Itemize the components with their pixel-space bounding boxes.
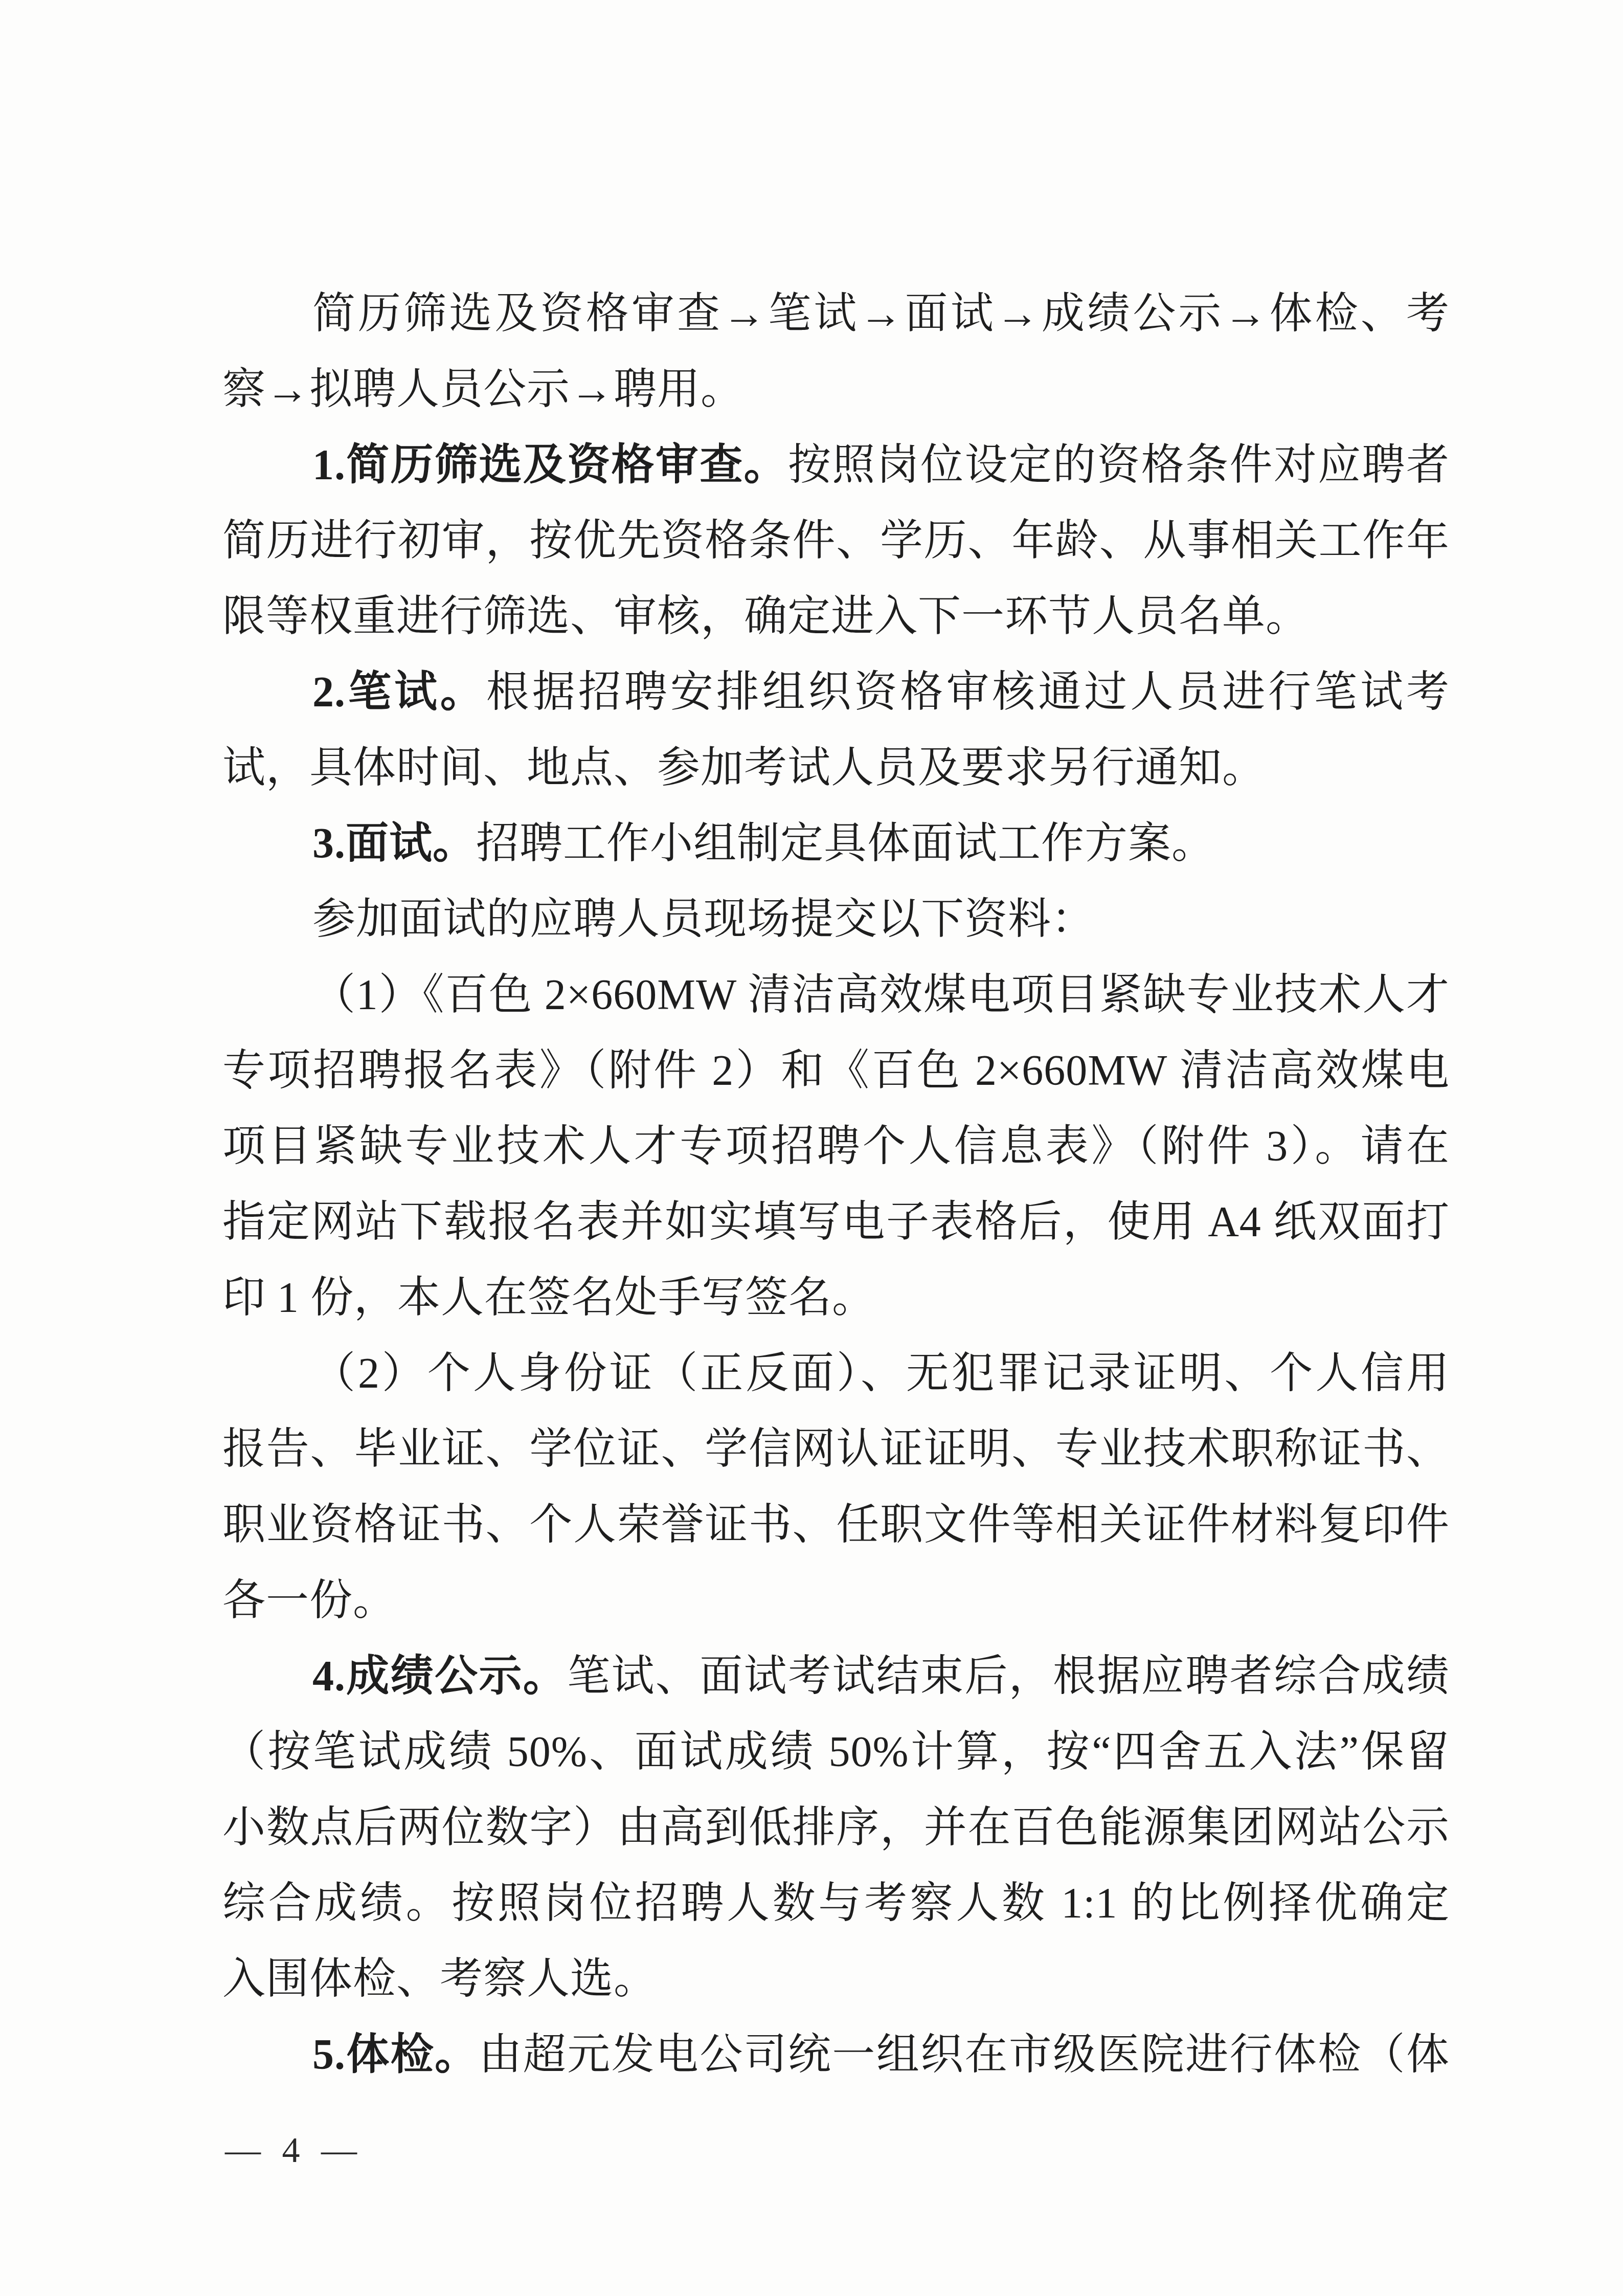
text-run: 各一份。 [222,1577,396,1624]
document-line: （按笔试成绩 50%、面试成绩 50%计算，按“四舍五入法”保留 [222,1714,1450,1790]
text-run: 综合成绩。按照岗位招聘人数与考察人数 1:1 的比例择优确定 [222,1880,1450,1927]
text-run: 专项招聘报名表》（附件 2）和《百色 2×660MW 清洁高效煤电 [222,1047,1450,1095]
document-line: 综合成绩。按照岗位招聘人数与考察人数 1:1 的比例择优确定 [222,1866,1450,1942]
document-line: 察→拟聘人员公示→聘用。 [222,352,1450,428]
page-number: — 4 — [225,2123,363,2179]
document-page: 简历筛选及资格审查→笔试→面试→成绩公示→体检、考察→拟聘人员公示→聘用。1.简… [0,0,1623,2296]
document-line: 职业资格证书、个人荣誉证书、任职文件等相关证件材料复印件 [222,1487,1450,1563]
document-line: 小数点后两位数字）由高到低排序，并在百色能源集团网站公示 [222,1790,1450,1866]
document-line: 指定网站下载报名表并如实填写电子表格后，使用 A4 纸双面打 [222,1185,1450,1260]
document-line: 专项招聘报名表》（附件 2）和《百色 2×660MW 清洁高效煤电 [222,1033,1450,1109]
document-line: （1）《百色 2×660MW 清洁高效煤电项目紧缺专业技术人才 [222,957,1450,1033]
text-run: 察→拟聘人员公示→聘用。 [222,366,744,413]
document-body: 简历筛选及资格审查→笔试→面试→成绩公示→体检、考察→拟聘人员公示→聘用。1.简… [222,276,1450,2093]
document-line: 印 1 份，本人在签名处手写签名。 [222,1260,1450,1336]
document-line: 3.面试。招聘工作小组制定具体面试工作方案。 [222,806,1450,882]
heading-run: 4.成绩公示。 [312,1653,567,1700]
text-run: 按照岗位设定的资格条件对应聘者 [788,441,1450,489]
document-line: 入围体检、考察人选。 [222,1942,1450,2017]
text-run: 试，具体时间、地点、参加考试人员及要求另行通知。 [222,744,1266,792]
text-run: 印 1 份，本人在签名处手写签名。 [222,1274,875,1322]
text-run: 报告、毕业证、学位证、学信网认证证明、专业技术职称证书、 [222,1425,1450,1473]
text-run: 根据招聘安排组织资格审核通过人员进行笔试考 [486,668,1450,716]
document-line: （2）个人身份证（正反面）、无犯罪记录证明、个人信用 [222,1336,1450,1412]
text-run: 入围体检、考察人选。 [222,1955,657,2003]
text-run: 笔试、面试考试结束后，根据应聘者综合成绩 [567,1653,1450,1700]
text-run: （按笔试成绩 50%、面试成绩 50%计算，按“四舍五入法”保留 [222,1728,1450,1776]
text-run: 项目紧缺专业技术人才专项招聘个人信息表》（附件 3）。请在 [222,1123,1450,1170]
document-line: 试，具体时间、地点、参加考试人员及要求另行通知。 [222,730,1450,806]
text-run: （1）《百色 2×660MW 清洁高效煤电项目紧缺专业技术人才 [312,971,1450,1019]
document-line: 2.笔试。根据招聘安排组织资格审核通过人员进行笔试考 [222,655,1450,730]
text-run: 参加面试的应聘人员现场提交以下资料： [312,896,1095,943]
heading-run: 2.笔试。 [312,668,486,716]
document-line: 项目紧缺专业技术人才专项招聘个人信息表》（附件 3）。请在 [222,1109,1450,1185]
text-run: 小数点后两位数字）由高到低排序，并在百色能源集团网站公示 [222,1804,1450,1852]
text-run: （2）个人身份证（正反面）、无犯罪记录证明、个人信用 [312,1350,1450,1397]
document-line: 参加面试的应聘人员现场提交以下资料： [222,882,1450,957]
document-line: 5.体检。由超元发电公司统一组织在市级医院进行体检（体 [222,2017,1450,2093]
heading-run: 1.简历筛选及资格审查。 [312,441,788,489]
text-run: 简历进行初审，按优先资格条件、学历、年龄、从事相关工作年 [222,517,1450,565]
heading-run: 3.面试。 [312,820,476,867]
text-run: 由超元发电公司统一组织在市级医院进行体检（体 [479,2031,1450,2079]
document-line: 1.简历筛选及资格审查。按照岗位设定的资格条件对应聘者 [222,428,1450,503]
document-line: 4.成绩公示。笔试、面试考试结束后，根据应聘者综合成绩 [222,1639,1450,1714]
heading-run: 5.体检。 [312,2031,479,2079]
document-line: 限等权重进行筛选、审核，确定进入下一环节人员名单。 [222,579,1450,655]
text-run: 简历筛选及资格审查→笔试→面试→成绩公示→体检、考 [312,290,1450,338]
text-run: 限等权重进行筛选、审核，确定进入下一环节人员名单。 [222,593,1309,640]
text-run: 指定网站下载报名表并如实填写电子表格后，使用 A4 纸双面打 [222,1198,1450,1246]
document-line: 各一份。 [222,1563,1450,1639]
document-line: 简历进行初审，按优先资格条件、学历、年龄、从事相关工作年 [222,503,1450,579]
document-line: 报告、毕业证、学位证、学信网认证证明、专业技术职称证书、 [222,1412,1450,1487]
text-run: 职业资格证书、个人荣誉证书、任职文件等相关证件材料复印件 [222,1501,1450,1549]
document-line: 简历筛选及资格审查→笔试→面试→成绩公示→体检、考 [222,276,1450,352]
text-run: 招聘工作小组制定具体面试工作方案。 [476,820,1215,867]
